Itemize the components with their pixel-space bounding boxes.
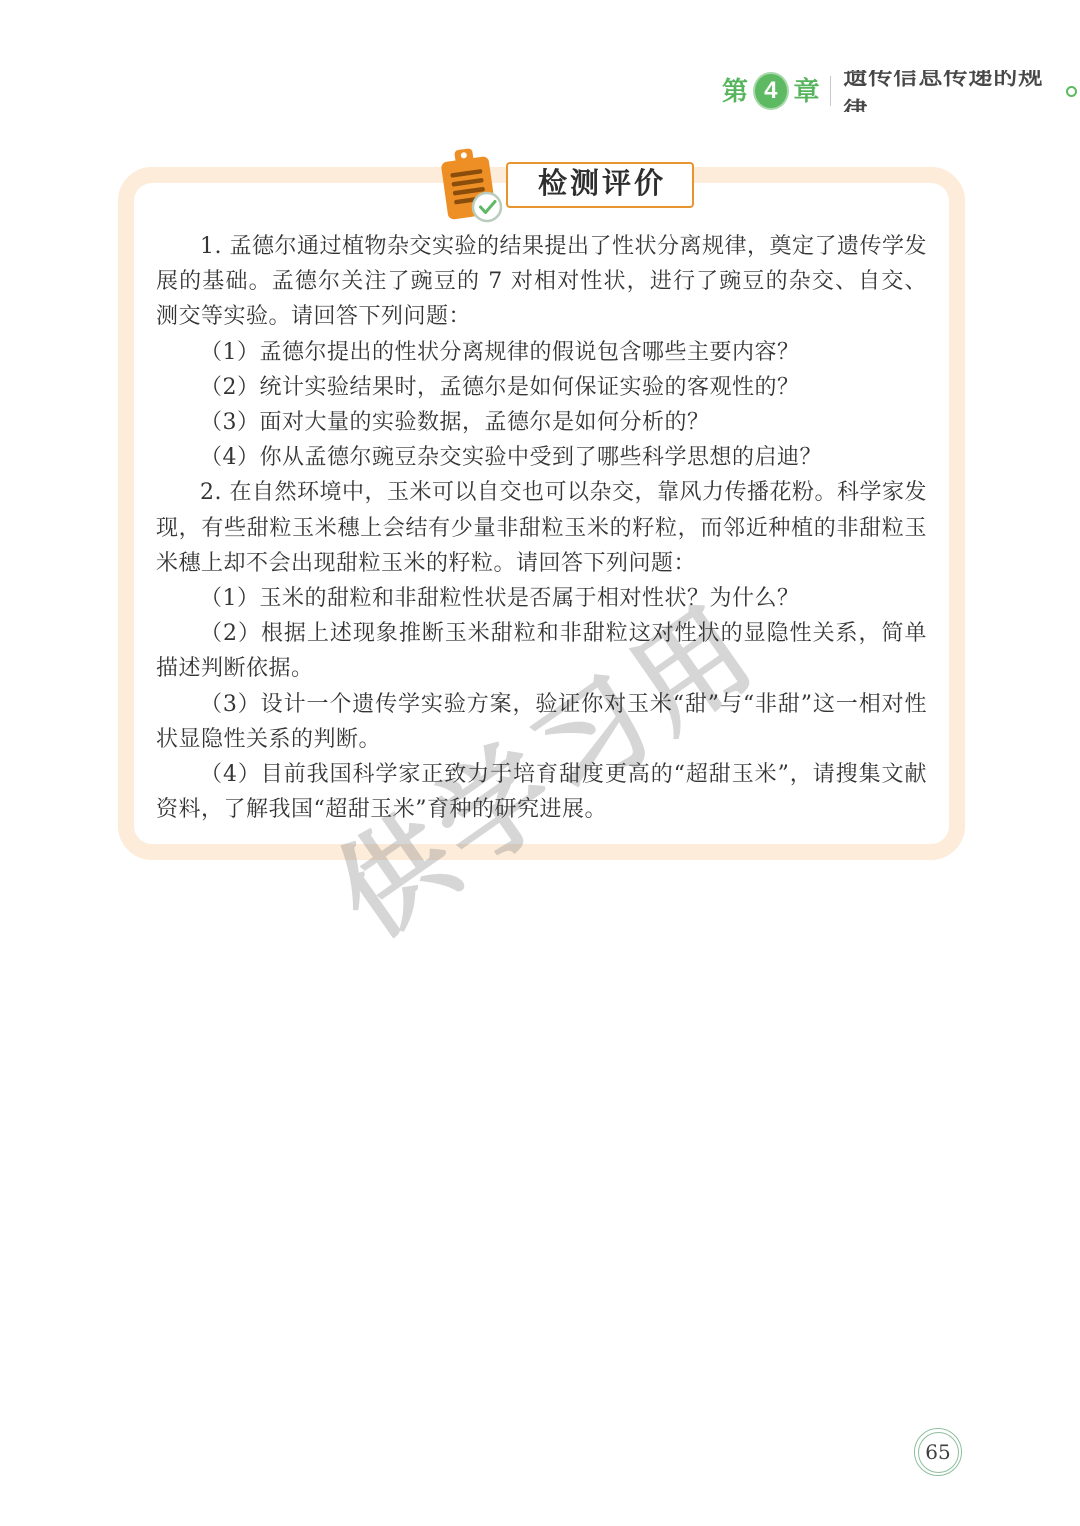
assessment-badge: 检测评价	[436, 145, 694, 227]
dotted-rule	[1066, 86, 1080, 97]
chapter-number-badge: 4	[753, 72, 789, 110]
paragraph: （4）你从孟德尔豌豆杂交实验中受到了哪些科学思想的启迪？	[156, 440, 927, 475]
paragraph: （2）统计实验结果时，孟德尔是如何保证实验的客观性的？	[156, 370, 927, 405]
chapter-prefix: 第	[722, 70, 748, 112]
chapter-header: 第 4 章 遗传信息传递的规律	[722, 70, 1080, 112]
paragraph: （3）设计一个遗传学实验方案，验证你对玉米“甜”与“非甜”这一相对性状显隐性关系…	[156, 687, 927, 757]
assessment-card: 检测评价 1. 孟德尔通过植物杂交实验的结果提出了性状分离规律，奠定了遗传学发展…	[118, 167, 965, 860]
paragraph: （1）玉米的甜粒和非甜粒性状是否属于相对性状？为什么？	[156, 581, 927, 616]
chapter-suffix: 章	[794, 70, 820, 112]
card-body: 1. 孟德尔通过植物杂交实验的结果提出了性状分离规律，奠定了遗传学发展的基础。孟…	[134, 229, 949, 827]
paragraph: （4）目前我国科学家正致力于培育甜度更高的“超甜玉米”，请搜集文献资料，了解我国…	[156, 757, 927, 827]
paragraph: 1. 孟德尔通过植物杂交实验的结果提出了性状分离规律，奠定了遗传学发展的基础。孟…	[156, 229, 927, 335]
paragraph: （2）根据上述现象推断玉米甜粒和非甜粒这对性状的显隐性关系，简单描述判断依据。	[156, 616, 927, 686]
page-number: 65	[925, 1440, 950, 1464]
paragraph: （3）面对大量的实验数据，孟德尔是如何分析的？	[156, 405, 927, 440]
chapter-title: 遗传信息传递的规律	[843, 70, 1052, 112]
page-number-badge: 65	[914, 1428, 962, 1476]
badge-label: 检测评价	[506, 162, 694, 208]
dotted-rule-circle-icon	[1066, 86, 1077, 97]
check-icon	[473, 193, 501, 221]
paragraph: （1）孟德尔提出的性状分离规律的假说包含哪些主要内容？	[156, 335, 927, 370]
page: 第 4 章 遗传信息传递的规律	[0, 0, 1080, 1526]
header-divider	[830, 76, 832, 106]
paragraph: 2. 在自然环境中，玉米可以自交也可以杂交，靠风力传播花粉。科学家发现，有些甜粒…	[156, 475, 927, 581]
clipboard-check-icon	[436, 145, 514, 227]
